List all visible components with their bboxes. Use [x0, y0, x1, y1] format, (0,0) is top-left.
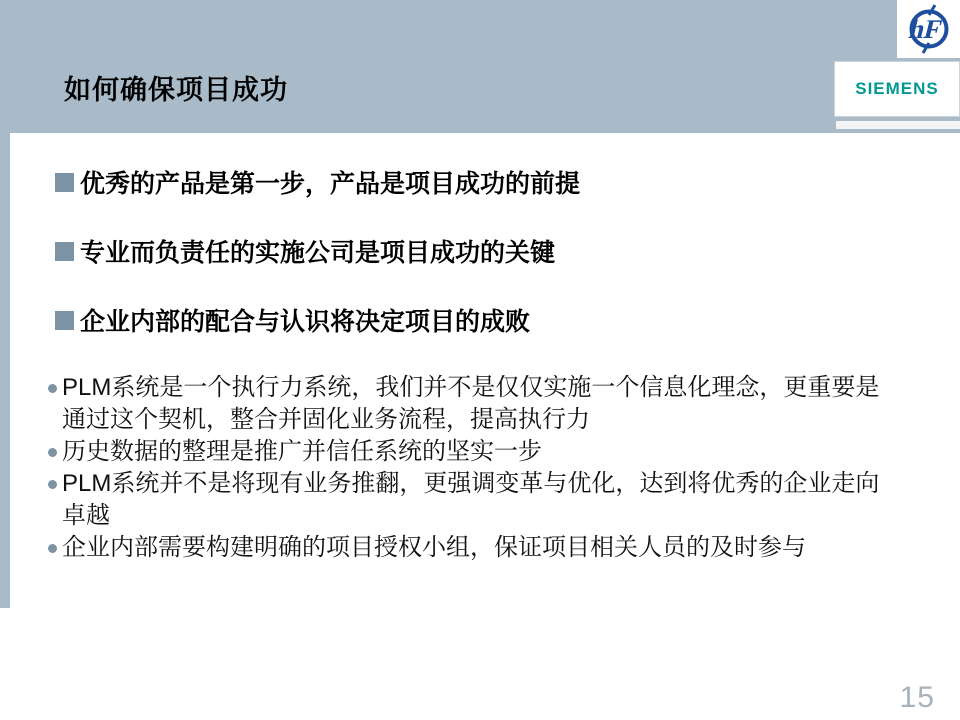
siemens-logo-text: SIEMENS	[855, 79, 939, 99]
page-number: 15	[900, 681, 935, 715]
bullet-text-3: 企业内部的配合与认识将决定项目的成败	[80, 302, 530, 338]
sub-bullet-text-4: 企业内部需要构建明确的项目授权小组，保证项目相关人员的及时参与	[62, 534, 806, 561]
sub-bullet-text-2: 历史数据的整理是推广并信任系统的坚实一步	[62, 438, 542, 465]
sub-bullet-text-1: PLM系统是一个执行力系统，我们并不是仅仅实施一个信息化理念，更重要是通过这个契…	[62, 374, 879, 433]
dot-bullet-icon	[48, 384, 57, 393]
slide-title: 如何确保项目成功	[64, 68, 288, 107]
hf-logo-icon: hF	[904, 3, 954, 55]
presentation-slide: 如何确保项目成功 hF SIEMENS 优秀的产品是第一步，产品是项目成功的前提…	[0, 0, 960, 720]
bullet-item-3: 企业内部的配合与认识将决定项目的成败	[55, 302, 530, 338]
bullet-item-2: 专业而负责任的实施公司是项目成功的关键	[55, 233, 555, 269]
bullet-text-1: 优秀的产品是第一步，产品是项目成功的前提	[80, 164, 580, 200]
sub-bullet-list: PLM系统是一个执行力系统，我们并不是仅仅实施一个信息化理念，更重要是通过这个契…	[40, 372, 892, 564]
bullet-text-2: 专业而负责任的实施公司是项目成功的关键	[80, 233, 555, 269]
square-bullet-icon	[55, 173, 74, 192]
bullet-item-1: 优秀的产品是第一步，产品是项目成功的前提	[55, 164, 580, 200]
sub-bullet-item-2: 历史数据的整理是推广并信任系统的坚实一步	[40, 436, 892, 468]
sub-bullet-item-1: PLM系统是一个执行力系统，我们并不是仅仅实施一个信息化理念，更重要是通过这个契…	[40, 372, 892, 436]
dot-bullet-icon	[48, 544, 57, 553]
header-white-strip	[836, 121, 960, 129]
hf-logo: hF	[897, 0, 960, 58]
header-band	[0, 0, 960, 133]
square-bullet-icon	[55, 311, 74, 330]
svg-text:hF: hF	[906, 14, 945, 44]
dot-bullet-icon	[48, 448, 57, 457]
sub-bullet-text-3: PLM系统并不是将现有业务推翻，更强调变革与优化，达到将优秀的企业走向卓越	[62, 470, 879, 529]
siemens-logo: SIEMENS	[834, 61, 960, 117]
square-bullet-icon	[55, 242, 74, 261]
left-accent-bar	[0, 0, 10, 608]
sub-bullet-item-4: 企业内部需要构建明确的项目授权小组，保证项目相关人员的及时参与	[40, 532, 892, 564]
sub-bullet-item-3: PLM系统并不是将现有业务推翻，更强调变革与优化，达到将优秀的企业走向卓越	[40, 468, 892, 532]
dot-bullet-icon	[48, 480, 57, 489]
